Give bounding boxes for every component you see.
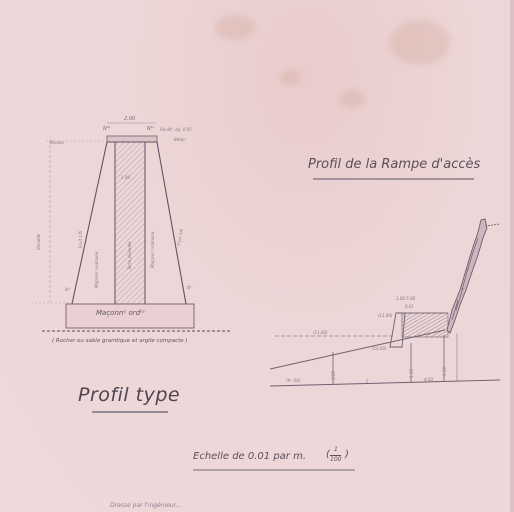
wall-top-level: (11.80) [378, 313, 393, 318]
top-annotation: Revêtᵗ. ép. 0.05 [160, 127, 192, 132]
top-left-note: Niveau [50, 140, 64, 145]
horizontal-dim-1: 5 [366, 379, 369, 384]
top-right-note: Béton [174, 137, 186, 142]
scale-fraction-numerator: 1 [334, 446, 338, 453]
lower-level-label: (9ᵐ.00) [286, 378, 301, 383]
ramp-start-level: (10.00) [372, 346, 387, 351]
scale-fraction-denominator: 100 [330, 455, 341, 463]
left-fill-label: Maçonnᵉ ordinaire [94, 251, 99, 288]
vertical-dim-2: 1.50 [409, 369, 414, 378]
scale-label: Echelle de 0.01 par m. [193, 451, 306, 462]
vertical-dim-1: 0.50 [331, 371, 336, 380]
profil-type-section [35, 123, 230, 331]
foundation-label: Maçonnᵉ ordᵗᵉ [96, 309, 145, 317]
ground-note: ( Rocher ou sable granitique et argile c… [52, 338, 188, 344]
base-right-level: Nᵗᵉ [187, 285, 193, 290]
top-dimensions: 1.00 5.00 [396, 296, 415, 301]
vertical-dim-3: 1.50 [442, 367, 447, 376]
top-left-level: Nᵗᵉ [103, 126, 110, 132]
top-width-dimension: 2,00 [124, 116, 135, 122]
profil-rampe-section [270, 179, 500, 386]
right-fill-label: Maçonnᵉ ordinaire [150, 231, 155, 268]
profil-rampe-title: Profil de la Rampe d'accès [308, 157, 480, 172]
upper-level-label: (11.00) [313, 330, 328, 335]
height-label: Variable [36, 234, 41, 250]
profil-type-title: Profil type [78, 384, 180, 406]
slope-note: 0.01 [405, 304, 414, 309]
core-width-dimension: 1.99 [121, 175, 130, 180]
footer-note: Dressé par l'ingénieur... [110, 502, 181, 509]
top-right-level: Nᵗᵉ [147, 126, 154, 132]
technical-drawing [0, 0, 514, 512]
base-left-level: Nᵗᵉ [65, 287, 71, 292]
scale-fraction-close: ) [345, 449, 349, 460]
core-label: Terre pilonnée [127, 241, 132, 270]
left-slope-label: Fruit 1/6 [78, 231, 83, 248]
horizontal-dim-2: 4.00 [424, 377, 433, 382]
